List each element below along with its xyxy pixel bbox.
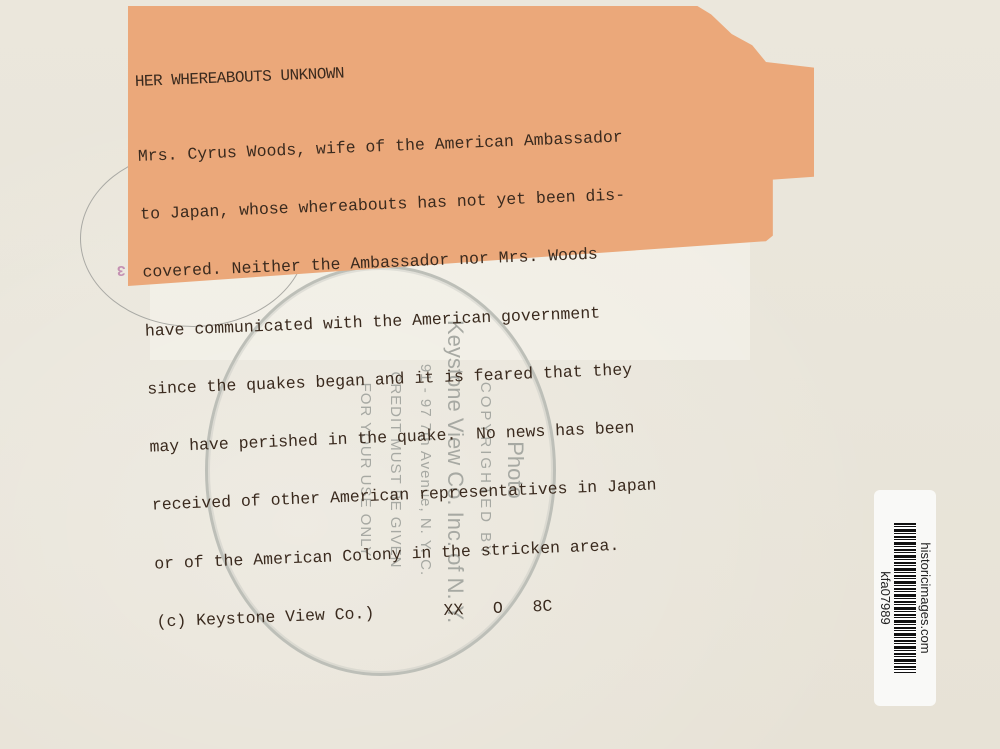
caption-line: to Japan, whose whereabouts has not yet …: [140, 179, 800, 225]
barcode-label: historicimages.com kfa07989: [874, 490, 936, 706]
caption-line: since the quakes began and it is feared …: [147, 353, 807, 399]
caption-line: or of the American Colony in the stricke…: [154, 528, 814, 574]
caption-line: may have perished in the quake. No news …: [149, 411, 809, 457]
caption-text: HER WHEREABOUTS UNKNOWN Mrs. Cyrus Woods…: [133, 8, 817, 652]
barcode-id-text: kfa07989: [878, 571, 892, 625]
barcode-icon: [894, 523, 916, 673]
barcode-site-text: historicimages.com: [918, 542, 932, 653]
caption-line: have communicated with the American gove…: [145, 295, 805, 341]
caption-credit-line: (c) Keystone View Co.) XX O 8C: [156, 586, 816, 632]
caption-line: covered. Neither the Ambassador nor Mrs.…: [142, 237, 802, 283]
caption-headline: HER WHEREABOUTS UNKNOWN: [135, 46, 795, 92]
caption-line: Mrs. Cyrus Woods, wife of the American A…: [138, 120, 798, 166]
caption-line: received of other American representativ…: [152, 469, 812, 515]
